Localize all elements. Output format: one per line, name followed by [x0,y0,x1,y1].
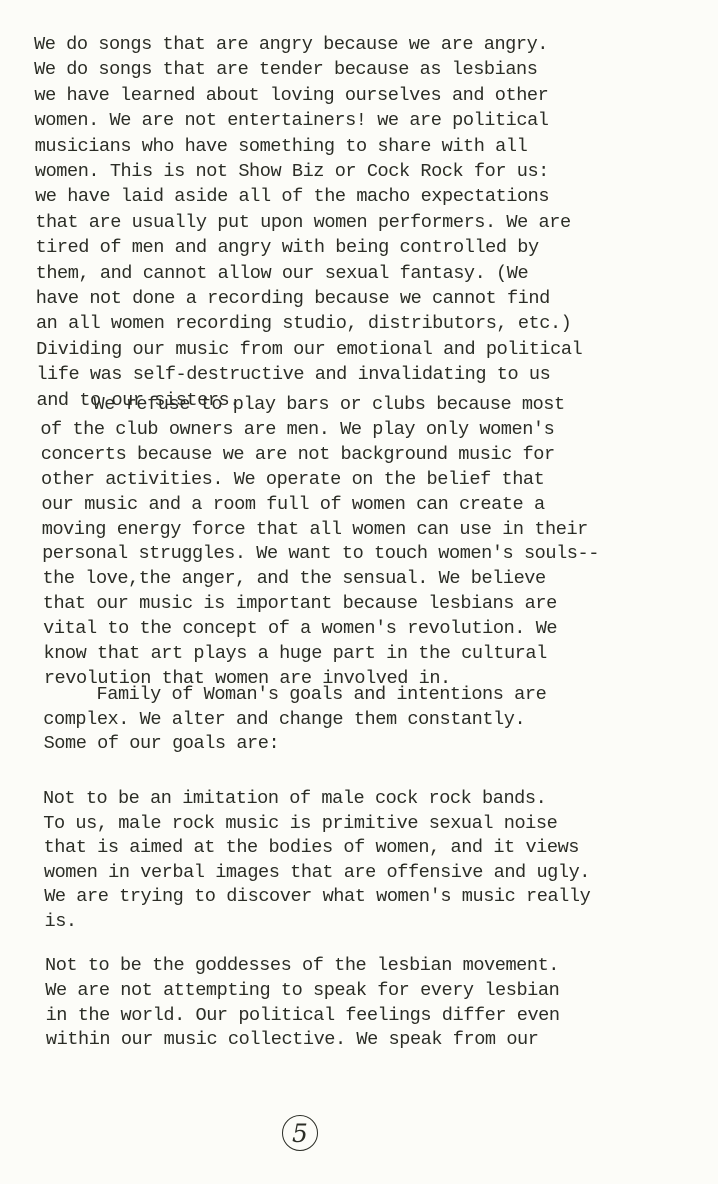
text-line: tired of men and angry with being contro… [35,236,538,260]
text-line: in the world. Our political feelings dif… [46,1004,560,1028]
text-line: we have learned about loving ourselves a… [34,84,548,108]
text-line: know that art plays a huge part in the c… [44,642,547,666]
text-line: we have laid aside all of the macho expe… [35,185,549,209]
text-line: women. This is not Show Biz or Cock Rock… [35,160,549,184]
text-line: women. We are not entertainers! we are p… [35,109,549,133]
text-line: We are trying to discover what women's m… [44,885,590,909]
text-line: of the club owners are men. We play only… [40,418,554,442]
text-line: vital to the concept of a women's revolu… [43,617,557,641]
text-line: complex. We alter and change them consta… [43,708,525,732]
text-line: Not to be an imitation of male cock rock… [43,787,546,811]
text-line: women in verbal images that are offensiv… [44,861,590,885]
page-number: 5 [292,1119,308,1148]
text-line: We do songs that are angry because we ar… [34,33,548,57]
text-line: musicians who have something to share wi… [35,135,528,159]
text-line: Dividing our music from our emotional an… [36,338,582,362]
text-line: that our music is important because lesb… [43,592,557,616]
text-line: is. [45,910,77,934]
text-line: the love,the anger, and the sensual. We … [42,567,545,591]
text-line: them, and cannot allow our sexual fantas… [36,262,529,286]
text-line: We do songs that are tender because as l… [34,58,537,82]
text-line: within our music collective. We speak fr… [46,1028,539,1052]
document-page: We do songs that are angry because we ar… [0,0,718,1184]
text-line: Not to be the goddesses of the lesbian m… [45,954,559,978]
text-line: have not done a recording because we can… [36,287,550,311]
text-line: We are not attempting to speak for every… [45,979,559,1003]
text-line: moving energy force that all women can u… [42,518,588,542]
text-line: that are usually put upon women performe… [35,211,570,235]
text-line: other activities. We operate on the beli… [41,468,544,492]
text-line: that is aimed at the bodies of women, an… [44,836,579,860]
text-line: life was self-destructive and invalidati… [36,363,550,387]
text-line: an all women recording studio, distribut… [36,312,571,336]
text-line: We refuse to play bars or clubs because … [40,393,565,417]
text-line: our music and a room full of women can c… [41,493,544,517]
text-line: To us, male rock music is primitive sexu… [43,812,557,836]
page-number-circle: 5 [282,1115,318,1151]
text-line: personal struggles. We want to touch wom… [42,542,599,566]
text-line: Some of our goals are: [44,732,280,756]
text-line: concerts because we are not background m… [41,443,555,467]
text-line: Family of Woman's goals and intentions a… [43,683,546,707]
